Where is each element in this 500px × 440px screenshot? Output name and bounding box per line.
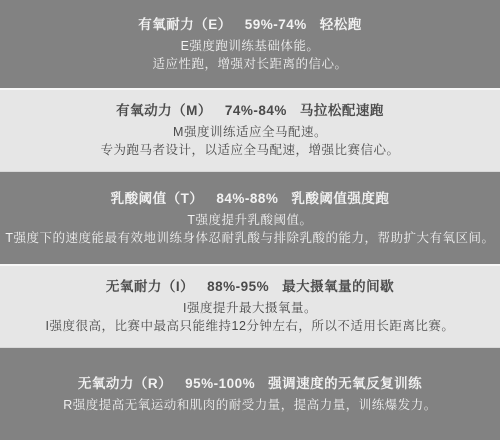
zone-desc-line: E强度跑训练基础体能。 [181,38,320,54]
zone-band-i: 无氧耐力（I） 88%-95% 最大摄氧量的间歇 I强度提升最大摄氧量。 I强度… [0,264,500,348]
zone-band-t: 乳酸阈值（T） 84%-88% 乳酸阈值强度跑 T强度提升乳酸阈值。 T强度下的… [0,172,500,264]
zone-desc-line: R强度提高无氧运动和肌肉的耐受力量，提高力量，训练爆发力。 [63,397,437,413]
training-zones-infographic: 有氧耐力（E） 59%-74% 轻松跑 E强度跑训练基础体能。 适应性跑，增强对… [0,0,500,440]
zone-desc-line: I强度提升最大摄氧量。 [183,300,317,316]
zone-label: 最大摄氧量的间歇 [282,278,394,295]
zone-intensity-range: 88%-95% [207,278,269,295]
zone-name: 乳酸阈值（T） [111,190,204,207]
zone-desc-line: 专为跑马者设计，以适应全马配速，增强比赛信心。 [100,142,399,158]
zone-name: 有氧动力（M） [116,102,212,119]
zone-title: 乳酸阈值（T） 84%-88% 乳酸阈值强度跑 [111,190,390,207]
zone-intensity-range: 95%-100% [185,375,255,392]
zone-band-e: 有氧耐力（E） 59%-74% 轻松跑 E强度跑训练基础体能。 适应性跑，增强对… [0,0,500,88]
zone-label: 轻松跑 [320,16,362,33]
zone-label: 强调速度的无氧反复训练 [268,375,422,392]
zone-band-r: 无氧动力（R） 95%-100% 强调速度的无氧反复训练 R强度提高无氧运动和肌… [0,348,500,440]
zone-title: 无氧耐力（I） 88%-95% 最大摄氧量的间歇 [106,278,394,295]
zone-name: 有氧耐力（E） [138,16,232,33]
zone-desc-line: 适应性跑，增强对长距离的信心。 [152,56,347,72]
zone-desc-line: T强度提升乳酸阈值。 [187,212,312,228]
zone-intensity-range: 74%-84% [225,102,287,119]
zone-desc-line: M强度训练适应全马配速。 [173,124,327,140]
zone-label: 乳酸阈值强度跑 [291,190,389,207]
zone-intensity-range: 84%-88% [216,190,278,207]
zone-title: 无氧动力（R） 95%-100% 强调速度的无氧反复训练 [78,375,422,392]
zone-desc-line: T强度下的速度能最有效地训练身体忍耐乳酸与排除乳酸的能力，帮助扩大有氧区间。 [5,230,494,246]
zone-name: 无氧动力（R） [78,375,172,392]
zone-label: 马拉松配速跑 [300,102,384,119]
zone-band-m: 有氧动力（M） 74%-84% 马拉松配速跑 M强度训练适应全马配速。 专为跑马… [0,88,500,172]
zone-title: 有氧动力（M） 74%-84% 马拉松配速跑 [116,102,384,119]
zone-intensity-range: 59%-74% [245,16,307,33]
zone-desc-line: I强度很高，比赛中最高只能维持12分钟左右，所以不适用长距离比赛。 [46,318,455,334]
zone-name: 无氧耐力（I） [106,278,194,295]
zone-title: 有氧耐力（E） 59%-74% 轻松跑 [138,16,362,33]
